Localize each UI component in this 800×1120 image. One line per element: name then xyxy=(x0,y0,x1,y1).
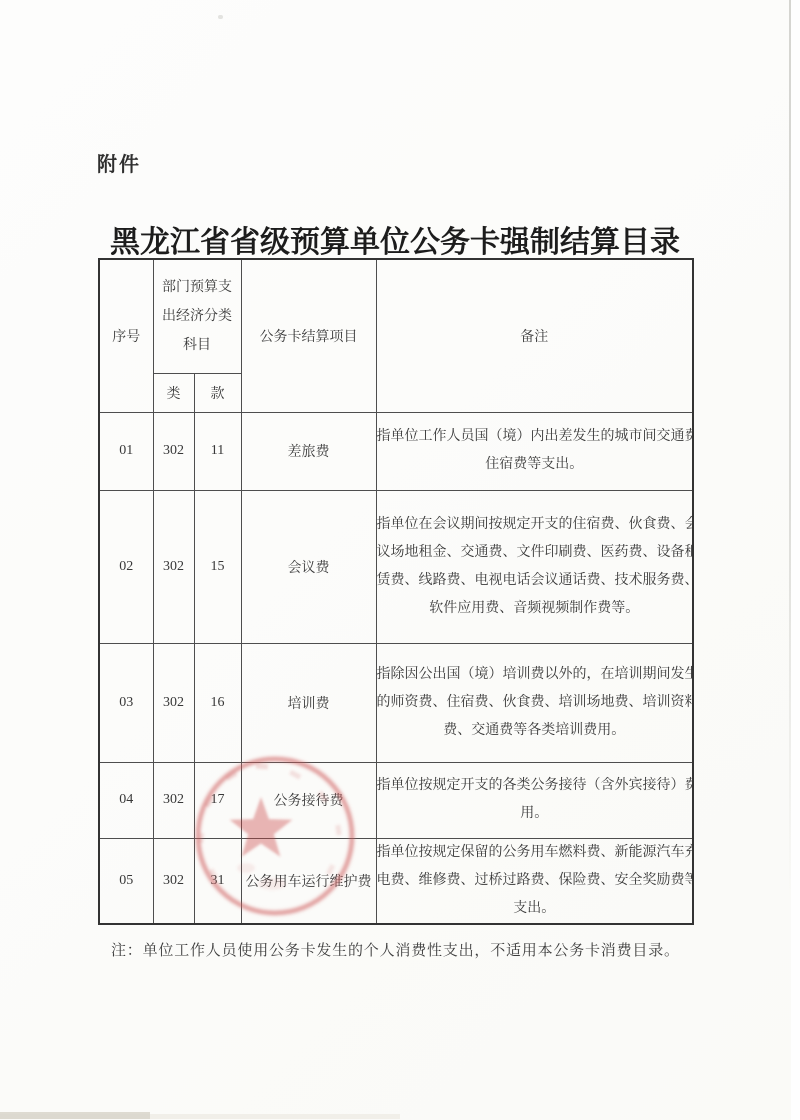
cell-settlement-item: 差旅费 xyxy=(241,412,376,490)
cell-item: 15 xyxy=(194,490,241,643)
cell-category: 302 xyxy=(153,412,194,490)
cell-serial: 02 xyxy=(99,490,153,643)
table-row: 05 302 31 公务用车运行维护费 指单位按规定保留的公务用车燃料费、新能源… xyxy=(99,838,693,924)
cell-settlement-item: 会议费 xyxy=(241,490,376,643)
scan-right-margin xyxy=(791,0,800,1120)
footnote-text: 注：单位工作人员使用公务卡发生的个人消费性支出，不适用本公务卡消费目录。 xyxy=(111,939,711,960)
settlement-catalog-table: 序号 部门预算支 出经济分类 科目 公务卡结算项目 备注 类 款 01 302 … xyxy=(98,258,694,925)
cell-item: 31 xyxy=(194,838,241,924)
cell-settlement-item: 公务接待费 xyxy=(241,762,376,838)
cell-serial: 05 xyxy=(99,838,153,924)
cell-item: 11 xyxy=(194,412,241,490)
scan-edge-line xyxy=(789,0,791,900)
table-row: 02 302 15 会议费 指单位在会议期间按规定开支的住宿费、伙食费、会 议场… xyxy=(99,490,693,643)
cell-category: 302 xyxy=(153,838,194,924)
col-header-serial: 序号 xyxy=(99,259,153,412)
table-row: 01 302 11 差旅费 指单位工作人员国（境）内出差发生的城市间交通费、 住… xyxy=(99,412,693,490)
cell-category: 302 xyxy=(153,643,194,762)
scanned-document-page: 附件 黑龙江省省级预算单位公务卡强制结算目录 序号 部门预算支 出经济分类 科目… xyxy=(0,0,800,1120)
cell-remark: 指单位工作人员国（境）内出差发生的城市间交通费、 住宿费等支出。 xyxy=(376,412,693,490)
document-title: 黑龙江省省级预算单位公务卡强制结算目录 xyxy=(88,217,702,261)
col-header-settlement-item: 公务卡结算项目 xyxy=(241,259,376,412)
scan-speck xyxy=(218,15,223,19)
cell-settlement-item: 培训费 xyxy=(241,643,376,762)
cell-category: 302 xyxy=(153,762,194,838)
cell-category: 302 xyxy=(153,490,194,643)
cell-remark: 指单位在会议期间按规定开支的住宿费、伙食费、会 议场地租金、交通费、文件印刷费、… xyxy=(376,490,693,643)
cell-serial: 01 xyxy=(99,412,153,490)
scan-smudge xyxy=(0,1112,150,1119)
cell-item: 17 xyxy=(194,762,241,838)
cell-remark: 指单位按规定保留的公务用车燃料费、新能源汽车充 电费、维修费、过桥过路费、保险费… xyxy=(376,838,693,924)
table-header-row-1: 序号 部门预算支 出经济分类 科目 公务卡结算项目 备注 xyxy=(99,259,693,373)
cell-item: 16 xyxy=(194,643,241,762)
cell-settlement-item: 公务用车运行维护费 xyxy=(241,838,376,924)
col-header-budget-category-group: 部门预算支 出经济分类 科目 xyxy=(153,259,241,373)
col-header-remarks: 备注 xyxy=(376,259,693,412)
col-header-category: 类 xyxy=(153,373,194,412)
cell-remark: 指单位按规定开支的各类公务接待（含外宾接待）费 用。 xyxy=(376,762,693,838)
cell-serial: 03 xyxy=(99,643,153,762)
cell-remark: 指除因公出国（境）培训费以外的，在培训期间发生 的师资费、住宿费、伙食费、培训场… xyxy=(376,643,693,762)
col-header-item: 款 xyxy=(194,373,241,412)
attachment-label: 附件 xyxy=(97,148,141,177)
table-row: 04 302 17 公务接待费 指单位按规定开支的各类公务接待（含外宾接待）费 … xyxy=(99,762,693,838)
table-row: 03 302 16 培训费 指除因公出国（境）培训费以外的，在培训期间发生 的师… xyxy=(99,643,693,762)
cell-serial: 04 xyxy=(99,762,153,838)
